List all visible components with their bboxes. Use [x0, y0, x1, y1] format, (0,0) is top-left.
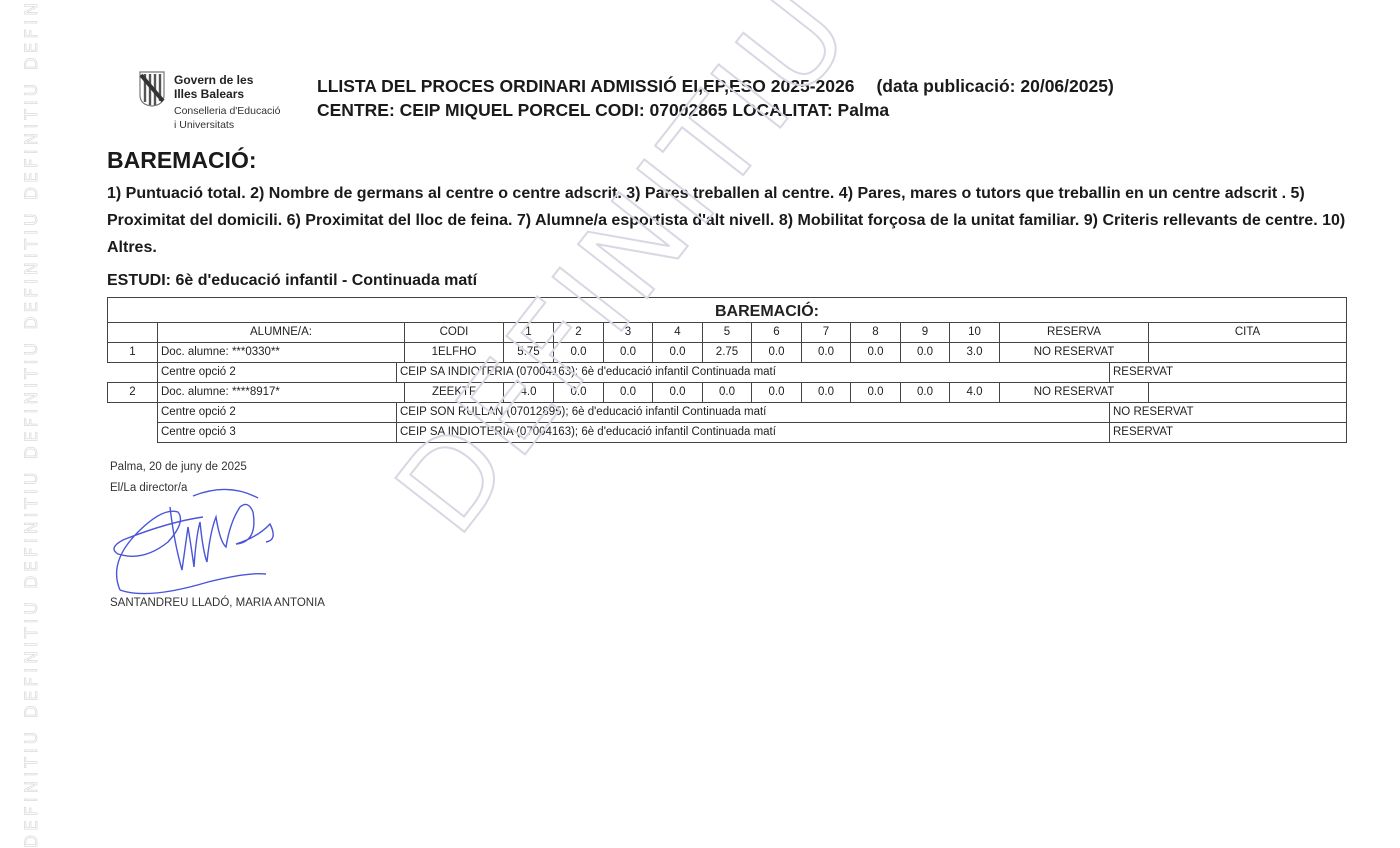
header-alumne: ALUMNE/A: — [157, 322, 405, 343]
table-title: BAREMACIÓ: — [107, 297, 1347, 323]
logo-title: Govern de les Illes Balears — [174, 73, 253, 101]
score-3: 0.0 — [603, 342, 653, 363]
student-number: 1 — [107, 342, 158, 363]
option-centre: CEIP SA INDIOTERIA (07004163); 6è d'educ… — [396, 362, 1110, 383]
option-reserva: RESERVAT — [1109, 362, 1347, 383]
score-5: 0.0 — [702, 382, 752, 403]
balearic-shield-icon — [139, 71, 165, 107]
score-4: 0.0 — [652, 382, 703, 403]
student-id: Doc. alumne: ****8917* — [157, 382, 405, 403]
header-num — [107, 322, 158, 343]
score-9: 0.0 — [900, 382, 950, 403]
baremacio-legend: 1) Puntuació total. 2) Nombre de germans… — [107, 180, 1352, 261]
student-number: 2 — [107, 382, 158, 403]
student-reserva: NO RESERVAT — [999, 342, 1149, 363]
score-1: 5.75 — [503, 342, 554, 363]
header-score-4: 4 — [652, 322, 703, 343]
logo-line3: Conselleria d'Educació — [174, 104, 280, 118]
student-id: Doc. alumne: ***0330** — [157, 342, 405, 363]
option-label: Centre opció 2 — [157, 402, 397, 423]
student-reserva: NO RESERVAT — [999, 382, 1149, 403]
header-score-5: 5 — [702, 322, 752, 343]
student-code: ZEEKTF — [404, 382, 504, 403]
logo-subtitle: Conselleria d'Educació i Universitats — [174, 104, 280, 132]
logo-line2: Illes Balears — [174, 87, 253, 101]
score-7: 0.0 — [801, 382, 851, 403]
option-reserva: RESERVAT — [1109, 422, 1347, 443]
student-cita — [1148, 382, 1347, 403]
score-5: 2.75 — [702, 342, 752, 363]
score-8: 0.0 — [850, 342, 901, 363]
option-label: Centre opció 3 — [157, 422, 397, 443]
side-watermark: DEFINITIU DEFINITIU DEFINITIU DEFINITIU … — [22, 0, 42, 848]
header-cita: CITA — [1148, 322, 1347, 343]
score-3: 0.0 — [603, 382, 653, 403]
score-9: 0.0 — [900, 342, 950, 363]
title-line1: LLISTA DEL PROCES ORDINARI ADMISSIÓ EI,E… — [317, 76, 854, 96]
student-code: 1ELFHO — [404, 342, 504, 363]
signer-name: SANTANDREU LLADÓ, MARIA ANTONIA — [110, 597, 325, 609]
option-label: Centre opció 2 — [157, 362, 397, 383]
place-date: Palma, 20 de juny de 2025 — [110, 461, 247, 473]
student-cita — [1148, 342, 1347, 363]
logo-line1: Govern de les — [174, 73, 253, 87]
score-8: 0.0 — [850, 382, 901, 403]
score-2: 0.0 — [553, 342, 604, 363]
header-score-9: 9 — [900, 322, 950, 343]
header-score-6: 6 — [751, 322, 802, 343]
header-score-8: 8 — [850, 322, 901, 343]
signature-scribble — [108, 482, 288, 607]
score-6: 0.0 — [751, 342, 802, 363]
header-score-3: 3 — [603, 322, 653, 343]
score-1: 4.0 — [503, 382, 554, 403]
header-score-2: 2 — [553, 322, 604, 343]
score-4: 0.0 — [652, 342, 703, 363]
document-title: LLISTA DEL PROCES ORDINARI ADMISSIÓ EI,E… — [317, 74, 1114, 122]
score-2: 0.0 — [553, 382, 604, 403]
header-codi: CODI — [404, 322, 504, 343]
option-reserva: NO RESERVAT — [1109, 402, 1347, 423]
estudi-heading: ESTUDI: 6è d'educació infantil - Continu… — [107, 272, 477, 290]
score-6: 0.0 — [751, 382, 802, 403]
header-reserva: RESERVA — [999, 322, 1149, 343]
publication-date: (data publicació: 20/06/2025) — [876, 76, 1113, 96]
score-10: 3.0 — [949, 342, 1000, 363]
logo-line4: i Universitats — [174, 118, 280, 132]
score-10: 4.0 — [949, 382, 1000, 403]
baremacio-heading: BAREMACIÓ: — [107, 147, 257, 174]
title-line2: CENTRE: CEIP MIQUEL PORCEL CODI: 0700286… — [317, 98, 1114, 122]
header-score-7: 7 — [801, 322, 851, 343]
option-centre: CEIP SON RULLAN (07012895); 6è d'educaci… — [396, 402, 1110, 423]
header-score-1: 1 — [503, 322, 554, 343]
header-score-10: 10 — [949, 322, 1000, 343]
score-7: 0.0 — [801, 342, 851, 363]
option-centre: CEIP SA INDIOTERIA (07004163); 6è d'educ… — [396, 422, 1110, 443]
